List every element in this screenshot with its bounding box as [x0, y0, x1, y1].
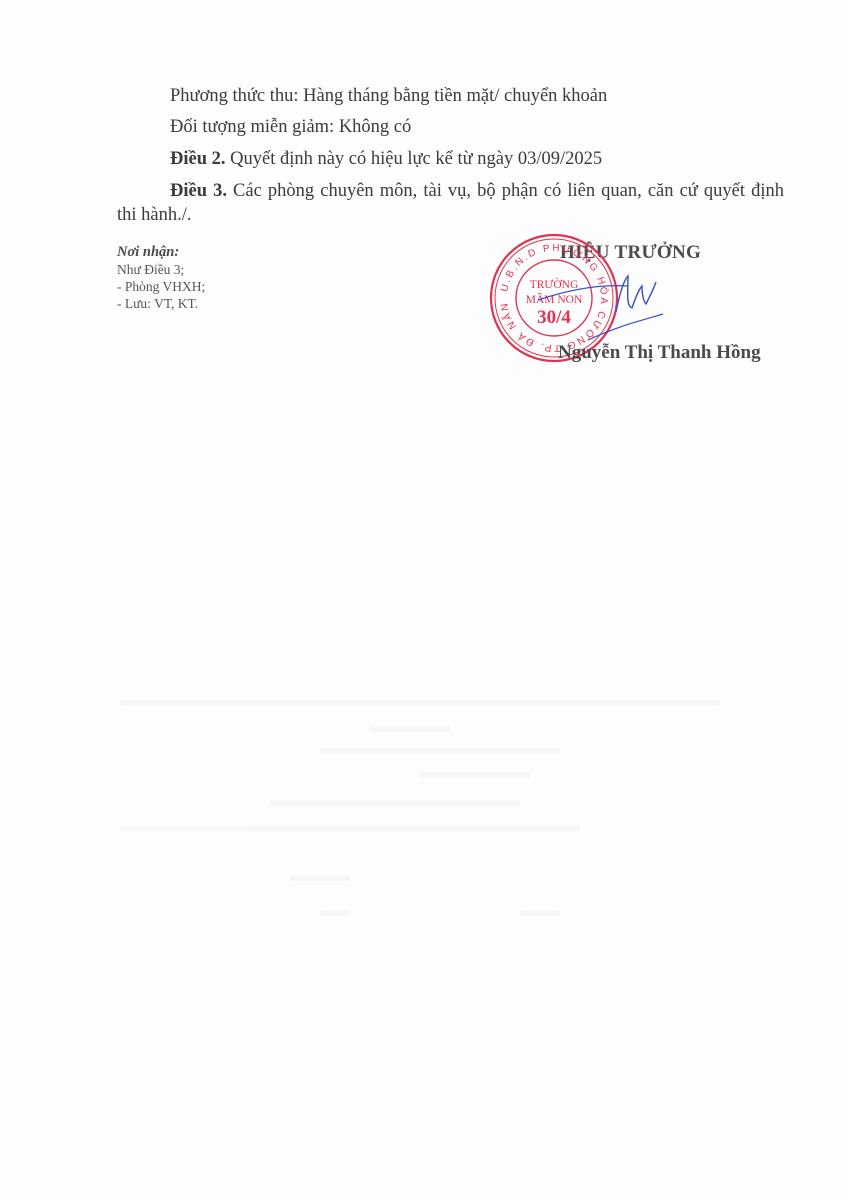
article-2-text: Quyết định này có hiệu lực kể từ ngày 03… — [226, 149, 603, 169]
scan-bleed-through — [120, 700, 730, 940]
article-3-label: Điều 3. — [170, 181, 227, 201]
exemption-line: Đối tượng miễn giảm: Không có — [170, 115, 411, 139]
article-2: Điều 2. Quyết định này có hiệu lực kể từ… — [170, 147, 602, 171]
recipient-item: Như Điều 3; — [117, 261, 205, 278]
recipient-item: - Phòng VHXH; — [117, 278, 205, 295]
signer-name: Nguyễn Thị Thanh Hồng — [558, 342, 761, 364]
exemption-text: Đối tượng miễn giảm: Không có — [170, 117, 411, 137]
recipient-item: - Lưu: VT, KT. — [117, 295, 205, 312]
article-3: Điều 3. Các phòng chuyên môn, tài vụ, bộ… — [117, 179, 784, 227]
recipients-block: Nơi nhận: Như Điều 3; - Phòng VHXH; - Lư… — [117, 244, 205, 312]
handwritten-signature-icon — [528, 262, 668, 342]
payment-method-line: Phương thức thu: Hàng tháng bằng tiền mặ… — [170, 84, 607, 108]
document-page: Phương thức thu: Hàng tháng bằng tiền mặ… — [0, 0, 848, 1200]
recipients-heading: Nơi nhận: — [117, 244, 205, 261]
article-2-label: Điều 2. — [170, 149, 226, 169]
signature-block: HIỆU TRƯỞNG U.B.N.D PHƯỜNG HÒA CƯỜNG TP.… — [488, 232, 768, 372]
payment-method-text: Phương thức thu: Hàng tháng bằng tiền mặ… — [170, 86, 607, 106]
